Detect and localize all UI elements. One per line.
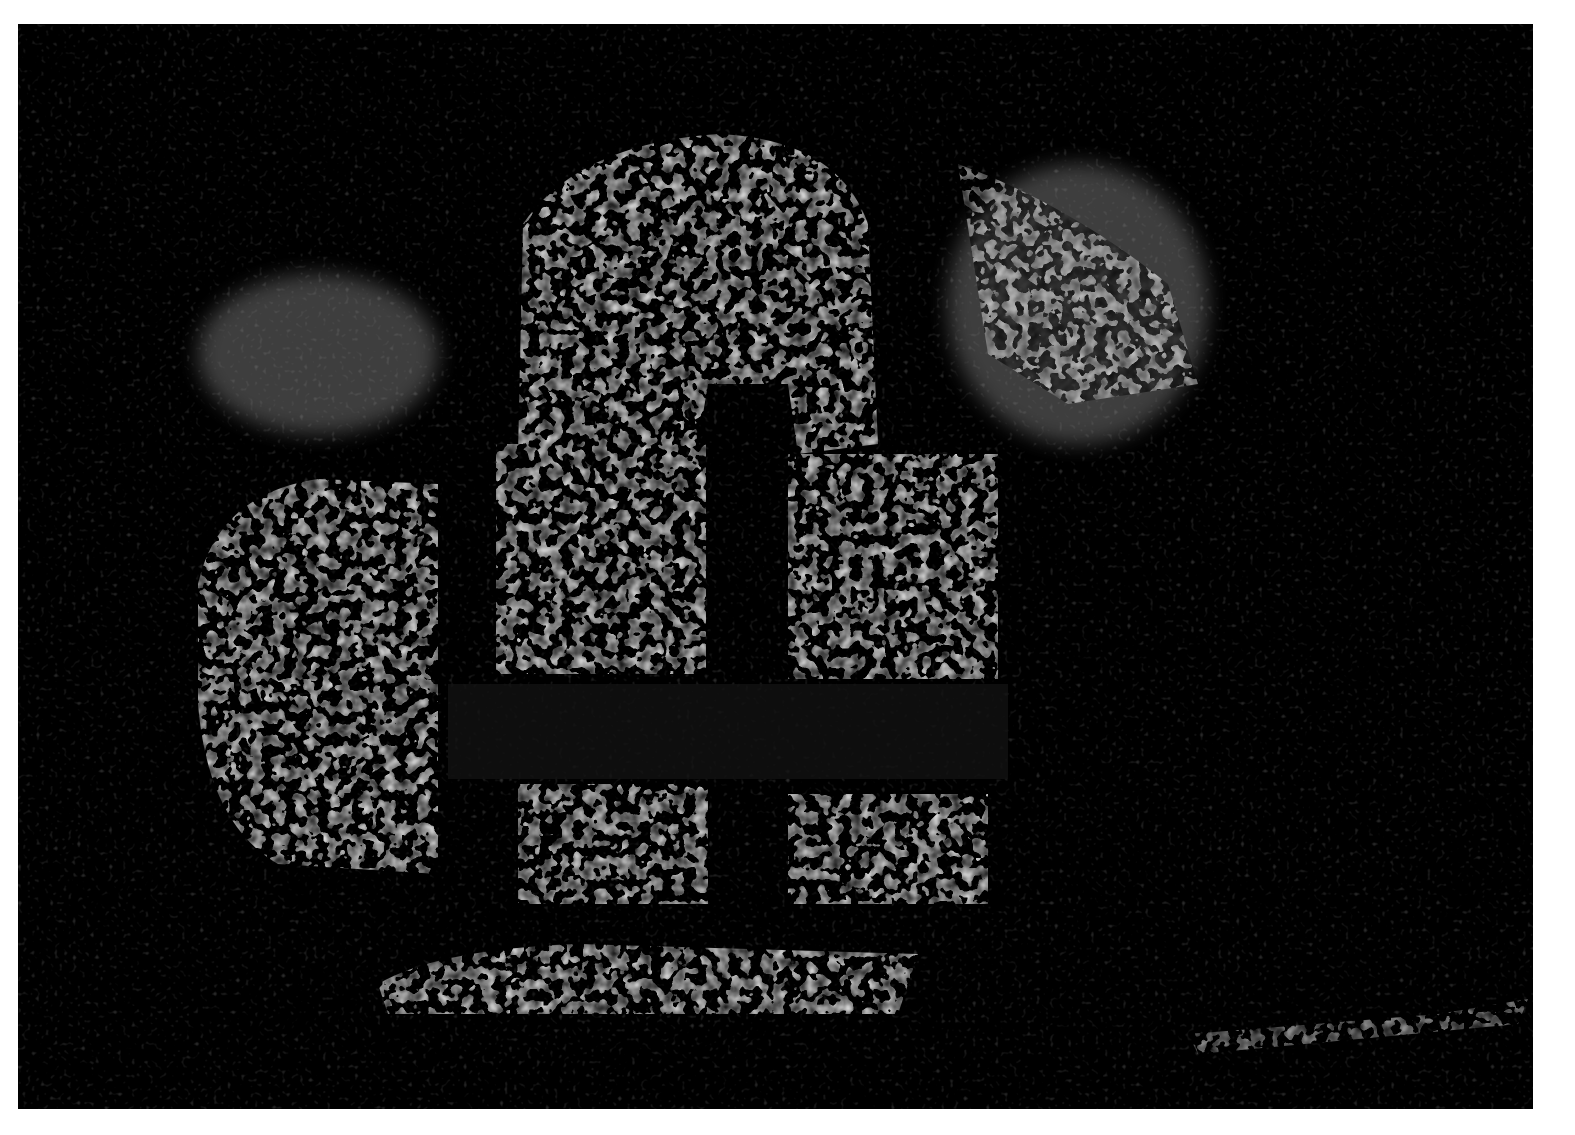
shadow-band (448, 684, 1008, 779)
image-description: Grainy high-contrast halftone scan of a … (0, 0, 1, 1)
photo-frame (18, 24, 1533, 1109)
halftone-photo (18, 24, 1533, 1109)
